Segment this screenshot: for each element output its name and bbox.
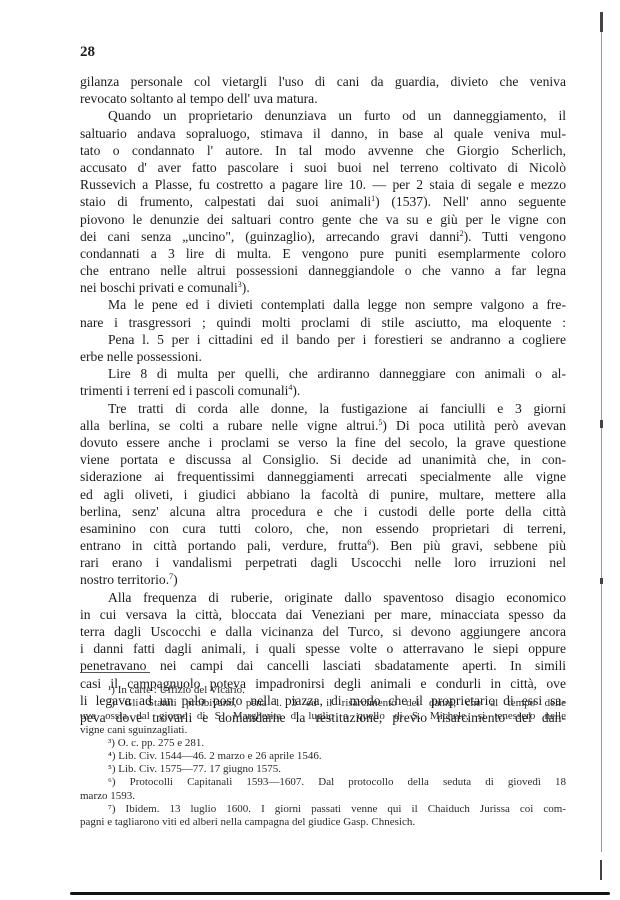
body-line: terra dagli Uscocchi e dalla vicinanza d… bbox=[80, 623, 566, 640]
footnote-line: vigne cani sguinzagliati. bbox=[80, 724, 566, 737]
scan-edge-mark bbox=[600, 420, 603, 428]
body-text: gilanza personale col vietargli l'uso di… bbox=[80, 73, 566, 726]
footnote-line: ⁷) Ibidem. 13 luglio 1600. I giorni pass… bbox=[80, 803, 566, 816]
body-line: revocato soltanto al tempo dell' uva mat… bbox=[80, 90, 566, 107]
scan-edge-mark bbox=[600, 860, 602, 880]
body-line: tato o condannato l' autore. In tal modo… bbox=[80, 142, 566, 159]
footnote-line: ⁵) Lib. Civ. 1575—77. 17 giugno 1575. bbox=[80, 763, 566, 776]
body-line: erbe nelle possessioni. bbox=[80, 348, 566, 365]
footnote-line: ⁶) Protocolli Capitanali 1593—1607. Dal … bbox=[80, 776, 566, 789]
body-line: dovuto essere anche i proclami se verso … bbox=[80, 434, 566, 451]
body-line: accusato d' aver fatto pascolare i suoi … bbox=[80, 159, 566, 176]
body-line: ed agli oliveti, i giudici abbiano la fa… bbox=[80, 486, 566, 503]
scan-bottom-edge bbox=[70, 892, 610, 895]
body-line: in cui versava la città, bloccata dai Ve… bbox=[80, 606, 566, 623]
body-line: i danni fatti dagli animali, i quali spe… bbox=[80, 640, 566, 657]
body-line: nostro territorio.7) bbox=[80, 571, 566, 588]
body-line: Pena l. 5 per i cittadini ed il bando pe… bbox=[80, 331, 566, 348]
body-line: staio di frumento, calpestati dai suoi a… bbox=[80, 193, 566, 210]
body-line: viene portata e discussa al Consiglio. S… bbox=[80, 451, 566, 468]
footnote-line: ⁴) Lib. Civ. 1544—46. 2 marzo e 26 april… bbox=[80, 750, 566, 763]
footnote-line: uve ossia dal giorno di S. Margherita di… bbox=[80, 710, 566, 723]
body-line: esaminino con cura tutti coloro, che, no… bbox=[80, 520, 566, 537]
body-line: nei boschi privati e comunali3). bbox=[80, 279, 566, 296]
body-line: Russevich a Plasse, fu costretto a pagar… bbox=[80, 176, 566, 193]
body-line: entrano in città portando pali, verdure,… bbox=[80, 537, 566, 554]
body-line: siderazione ai frequentissimi danneggiam… bbox=[80, 468, 566, 485]
body-line: Lire 8 di multa per quelli, che ardirann… bbox=[80, 365, 566, 382]
scan-edge-mark bbox=[600, 578, 603, 584]
body-line: Alla frequenza di ruberie, originate dal… bbox=[80, 589, 566, 606]
body-line: Tre tratti di corda alle donne, la fusti… bbox=[80, 400, 566, 417]
body-line: berlina, senz' alcuna altra procedura e … bbox=[80, 503, 566, 520]
body-line: gilanza personale col vietargli l'uso di… bbox=[80, 73, 566, 90]
body-line: nare i trasgressori ; quindi molti procl… bbox=[80, 314, 566, 331]
body-line: dei cani senza „uncino", (guinzaglio), a… bbox=[80, 228, 566, 245]
body-line: condannati a 3 lire di multa. E vengono … bbox=[80, 245, 566, 262]
footnote-separator bbox=[80, 672, 150, 673]
footnote-line: pagni e tagliarono viti ed alberi nella … bbox=[80, 816, 566, 829]
body-line: penetravano nei campi dai cancelli lasci… bbox=[80, 657, 566, 674]
footnote-line: marzo 1593. bbox=[80, 790, 566, 803]
body-line: Ma le pene ed i divieti contemplati dall… bbox=[80, 296, 566, 313]
body-line: piovono le denunzie dei saltuari contro … bbox=[80, 211, 566, 228]
scan-page-edge bbox=[601, 12, 602, 852]
footnote-line: ³) O. c. pp. 275 e 281. bbox=[80, 737, 566, 750]
page-number: 28 bbox=[80, 44, 95, 61]
body-line: trimenti i terreni ed i pascoli comunali… bbox=[80, 382, 566, 399]
body-line: rari erano i vandalismi perpetrati dagli… bbox=[80, 554, 566, 571]
scan-edge-mark bbox=[600, 12, 603, 32]
body-line: Quando un proprietario denunziava un fur… bbox=[80, 107, 566, 124]
body-line: che entrano nelle altrui possessioni dan… bbox=[80, 262, 566, 279]
body-line: saltuario andava sopraluogo, stimava il … bbox=[80, 125, 566, 142]
body-line: alla berlina, se colti a rubare nelle vi… bbox=[80, 417, 566, 434]
footnote-line: ¹) In carte : Uffizio del Vicario. bbox=[80, 684, 566, 697]
footnote-line: ²) Gli Statuti proibivano, pena l. 3 ed … bbox=[80, 697, 566, 710]
footnotes: ¹) In carte : Uffizio del Vicario.²) Gli… bbox=[80, 684, 566, 829]
